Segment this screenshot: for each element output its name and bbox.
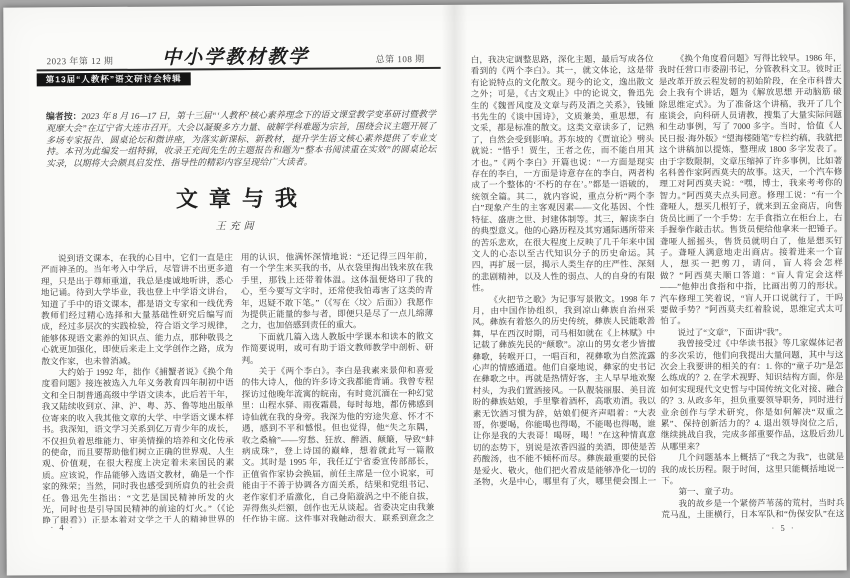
page-number-left: · 4 · bbox=[50, 522, 74, 532]
page-fold-shadow bbox=[441, 5, 470, 573]
paragraph: 用的认识，他满怀深情地说：“还记得三四年前，有一个学生来买我的书，从衣袋里掏出钱… bbox=[241, 251, 433, 332]
paragraph: 关于《两个李白》。李白是我素来景仰和喜爱的伟大诗人，他的许多诗文我都能背诵。我曾… bbox=[241, 365, 434, 522]
left-page-column-1: 说到语文课本，在我的心目中，它们一直是庄严而神圣的。当年考入中学后，尽管讲不出更… bbox=[41, 252, 235, 523]
article-title: 文章与我 bbox=[86, 181, 386, 214]
page-number-right: · 5 · bbox=[771, 523, 795, 533]
article-author: 王充闾 bbox=[87, 216, 387, 233]
right-page-column-2: 《换个角度看问题》写得比较早。1986 年，我时任营口市委副书记，分管教科文卫。… bbox=[659, 52, 845, 520]
journal-title: 中小学教材教学 bbox=[85, 41, 385, 70]
paragraph: 我曾接受过《中华读书报》等几家媒体记者的多次采访，他们向我提出大量问题，其中与这… bbox=[660, 338, 844, 453]
issue-number-right: 总第 108 期 bbox=[376, 52, 425, 65]
paragraph: 《火把节之歌》为记事写景散文。1998 年 7 月，由中国作协组织，我到凉山彝族… bbox=[472, 293, 656, 488]
paragraph: 《换个角度看问题》写得比较早。1986 年，我时任营口市委副书记，分管教科文卫。… bbox=[659, 52, 844, 327]
paragraph: 说到语文课本，在我的心目中，它们一直是庄严而神圣的。当年考入中学后，尽管讲不出更… bbox=[41, 252, 234, 367]
journal-spread: 2023 年第 12 期 中小学教材教学 总第 108 期 第13届“人教杯”语… bbox=[3, 2, 846, 575]
editor-note-label: 编者按： bbox=[46, 111, 82, 121]
left-page-column-2: 用的认识，他满怀深情地说：“还记得三四年前，有一个学生来买我的书，从衣袋里掏出钱… bbox=[241, 251, 435, 522]
paragraph: 几个问题基本上概括了“我之为我”，也就是我的成长历程。限于时间，这里只能概括地说… bbox=[661, 452, 844, 487]
paragraph: 白，我决定调整思路，深化主题，最后写成各位看到的《两个李白》。其一，就文体论，这… bbox=[471, 54, 655, 295]
paragraph: 我的故乡是一个紧傍芦苇荡的荒村，当时兵荒马乱，土匪横行，日本军队和“伪保安队”在… bbox=[661, 497, 844, 520]
special-issue-label: 第13届“人教杯”语文研讨会特辑 bbox=[37, 72, 191, 86]
paragraph: 大约始于 1992 年，拙作《捕蟹者说》《换个角度看问题》接连被选入九年义务教育… bbox=[41, 366, 234, 523]
right-page-column-1: 白，我决定调整思路，深化主题，最后写成各位看到的《两个李白》。其一，就文体论，这… bbox=[471, 54, 657, 488]
editor-note: 编者按：2023 年 8 月 16—17 日，第十三届“‘人教杯’核心素养理念下… bbox=[46, 109, 436, 170]
editor-note-text: 2023 年 8 月 16—17 日，第十三届“‘人教杯’核心素养理念下的语文课… bbox=[46, 109, 436, 169]
paragraph: 下面就几篇入选人教版中学课本和读本的散文作简要说明，或可有助于语文教师教学中剖析… bbox=[241, 331, 433, 366]
